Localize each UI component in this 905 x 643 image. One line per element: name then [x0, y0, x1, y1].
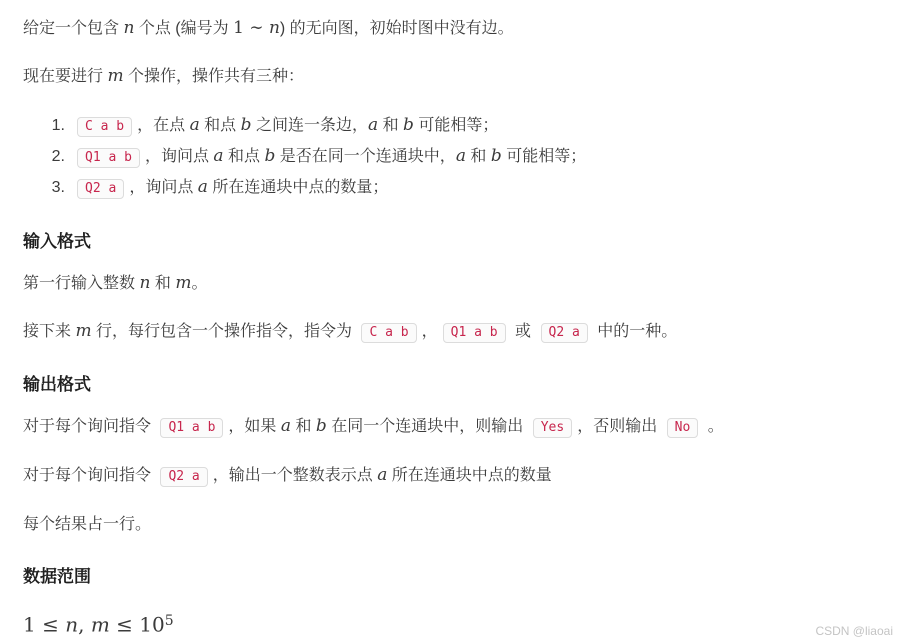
- inline-code: C a b: [361, 323, 416, 343]
- math-variable: b: [491, 146, 502, 166]
- operation-list: 1.C a b，在点 a 和点 b 之间连一条边，a 和 b 可能相等； 2.Q…: [23, 111, 881, 203]
- text-run: 给定一个包含: [23, 20, 123, 37]
- text-run: 。: [703, 418, 723, 435]
- text-run: 。: [191, 275, 207, 292]
- inline-code: Q1 a b: [77, 148, 140, 168]
- list-item: 3.Q2 a，询问点 a 所在连通块中点的数量；: [47, 173, 881, 203]
- text-run: 对于每个询问指令: [23, 418, 155, 435]
- operations-intro-paragraph: 现在要进行 m 个操作，操作共有三种：: [23, 63, 881, 90]
- text-run: ，询问点: [145, 148, 213, 165]
- math-variable: n: [139, 273, 150, 293]
- text-run: 和: [150, 275, 175, 292]
- text-run: ，输出一个整数表示点: [213, 467, 377, 484]
- math-variable: m: [91, 612, 110, 636]
- text-run: ，在点: [137, 117, 189, 134]
- text-run: 每个结果占一行。: [23, 516, 151, 533]
- inline-code: Q1 a b: [160, 418, 223, 438]
- math-variable: b: [316, 416, 327, 436]
- math-variable: n: [65, 612, 78, 636]
- input-format-heading: 输入格式: [23, 230, 881, 254]
- list-item-content: C a b，在点 a 和点 b 之间连一条边，a 和 b 可能相等；: [72, 117, 498, 134]
- text-run: ) 的无向图，初始时图中没有边。: [280, 20, 514, 37]
- text-run: 可能相等；: [502, 148, 586, 165]
- input-line1-paragraph: 第一行输入整数 n 和 m。: [23, 270, 881, 297]
- text-run: ，: [422, 323, 438, 340]
- text-run: 是否在同一个连通块中，: [275, 148, 455, 165]
- text-run: 和: [291, 418, 316, 435]
- list-item-number: 3.: [47, 173, 65, 202]
- math-variable: a: [377, 465, 387, 485]
- text-run: 可能相等；: [414, 117, 498, 134]
- inline-code: Yes: [533, 418, 572, 438]
- list-item-number: 1.: [47, 111, 65, 140]
- list-item: 1.C a b，在点 a 和点 b 之间连一条边，a 和 b 可能相等；: [47, 111, 881, 141]
- text-run: ，询问点: [129, 179, 197, 196]
- math-variable: m: [75, 321, 91, 341]
- math-variable: b: [403, 115, 414, 135]
- math-variable: n: [269, 18, 280, 38]
- data-range-formula: 1 ≤ n, m ≤ 105: [23, 605, 881, 643]
- text-run: 对于每个询问指令: [23, 467, 155, 484]
- math-variable: a: [456, 146, 466, 166]
- math-variable: m: [107, 66, 123, 86]
- text-run: 所在连通块中点的数量: [387, 467, 551, 484]
- text-run: 第一行输入整数: [23, 275, 139, 292]
- text-run: 和: [466, 148, 491, 165]
- math-variable: b: [241, 115, 252, 135]
- text-run: 或: [511, 323, 536, 340]
- data-range-heading: 数据范围: [23, 565, 881, 589]
- math-superscript: 5: [165, 613, 174, 629]
- inline-code: Q2 a: [541, 323, 588, 343]
- watermark: CSDN @liaoai: [815, 624, 893, 638]
- text-run: 在同一个连通块中，则输出: [327, 418, 528, 435]
- text-run: 现在要进行: [23, 68, 107, 85]
- inline-code: No: [667, 418, 699, 438]
- list-item: 2.Q1 a b，询问点 a 和点 b 是否在同一个连通块中，a 和 b 可能相…: [47, 142, 881, 172]
- list-item-number: 2.: [47, 142, 65, 171]
- text-run: 个操作，操作共有三种：: [124, 68, 304, 85]
- output-q2-paragraph: 对于每个询问指令 Q2 a，输出一个整数表示点 a 所在连通块中点的数量: [23, 462, 881, 490]
- text-run: 接下来: [23, 323, 75, 340]
- text-run: 所在连通块中点的数量；: [208, 179, 388, 196]
- math-text: ,: [78, 612, 91, 636]
- intro-paragraph: 给定一个包含 n 个点 (编号为 1 ∼ n) 的无向图，初始时图中没有边。: [23, 15, 881, 42]
- math-variable: a: [281, 416, 291, 436]
- list-item-content: Q2 a，询问点 a 所在连通块中点的数量；: [72, 179, 388, 196]
- text-run: 和点: [224, 148, 265, 165]
- math-variable: a: [190, 115, 200, 135]
- text-run: 之间连一条边，: [252, 117, 368, 134]
- text-run: 和: [378, 117, 403, 134]
- text-run: 行，每行包含一个操作指令，指令为: [92, 323, 357, 340]
- output-format-heading: 输出格式: [23, 373, 881, 397]
- list-item-content: Q1 a b，询问点 a 和点 b 是否在同一个连通块中，a 和 b 可能相等；: [72, 148, 586, 165]
- math-variable: a: [198, 177, 208, 197]
- math-text: ≤ 10: [110, 612, 165, 636]
- text-run: 中的一种。: [593, 323, 677, 340]
- text-run: ，否则输出: [577, 418, 661, 435]
- problem-statement: 给定一个包含 n 个点 (编号为 1 ∼ n) 的无向图，初始时图中没有边。 现…: [0, 0, 905, 643]
- output-q1-paragraph: 对于每个询问指令 Q1 a b，如果 a 和 b 在同一个连通块中，则输出 Ye…: [23, 413, 881, 441]
- text-run: ，如果: [228, 418, 280, 435]
- text-run: 个点 (编号为: [134, 20, 233, 37]
- inline-code: Q2 a: [160, 467, 207, 487]
- math-variable: n: [123, 18, 134, 38]
- math-variable: b: [264, 146, 275, 166]
- math-text: 1 ≤: [23, 612, 65, 636]
- math-variable: m: [175, 273, 191, 293]
- inline-code: C a b: [77, 117, 132, 137]
- text-run: 和点: [200, 117, 241, 134]
- input-line2-paragraph: 接下来 m 行，每行包含一个操作指令，指令为 C a b，Q1 a b 或 Q2…: [23, 318, 881, 346]
- math-variable: a: [213, 146, 223, 166]
- output-perline-paragraph: 每个结果占一行。: [23, 511, 881, 538]
- inline-code: Q2 a: [77, 179, 124, 199]
- math-variable: a: [368, 115, 378, 135]
- math-text: 1 ∼: [233, 18, 269, 38]
- inline-code: Q1 a b: [443, 323, 506, 343]
